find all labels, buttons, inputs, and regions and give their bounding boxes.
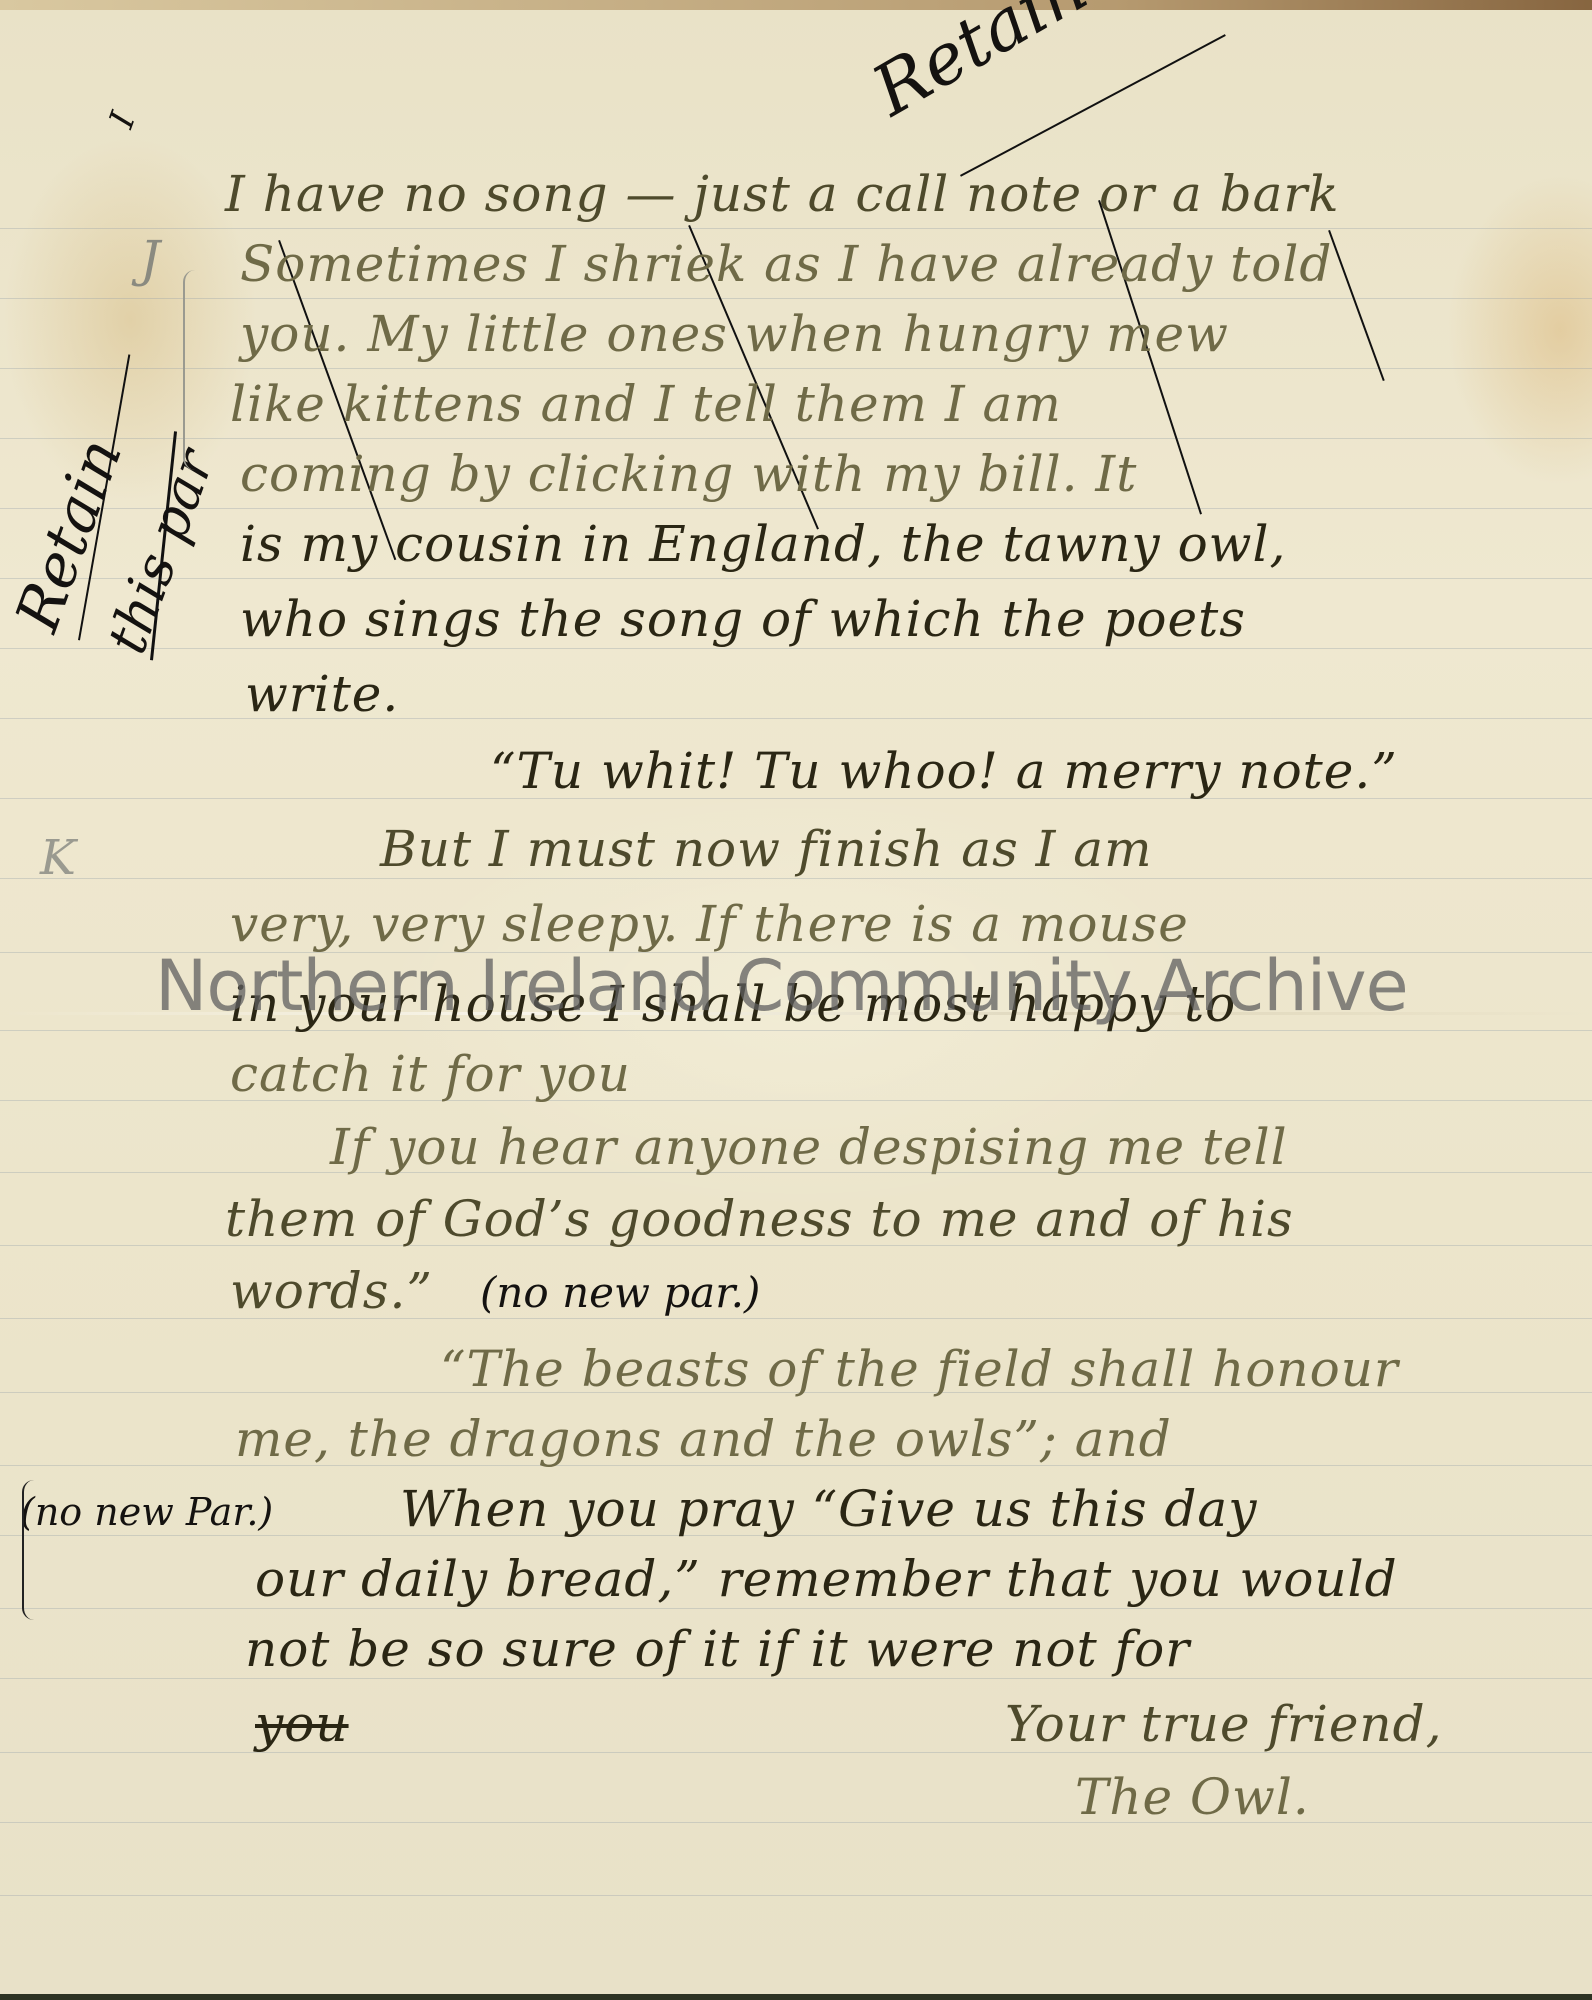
letter-line-8: write. [245, 665, 399, 723]
margin-no-new-par-bracket [22, 1480, 34, 1620]
ruled-line [0, 228, 1592, 229]
letter-line-21: not be so sure of it if it were not for [245, 1620, 1190, 1678]
paper-top-edge [0, 0, 1592, 10]
ruled-line [0, 648, 1592, 649]
ruled-line [0, 1608, 1592, 1609]
letter-line-14: If you hear anyone despising me tell [330, 1118, 1288, 1176]
margin-mark-lower: K [40, 830, 76, 886]
letter-line-4: like kittens and I tell them I am [230, 375, 1062, 433]
letter-line-17: “The beasts of the field shall honour [440, 1340, 1399, 1398]
inline-no-new-par: (no new par.) [480, 1268, 760, 1317]
letter-line-15: them of God’s goodness to me and of his [225, 1190, 1294, 1248]
paper-bottom-edge [0, 1994, 1592, 2000]
letter-line-1: I have no song — just a call note or a b… [225, 165, 1340, 223]
ruled-line [0, 508, 1592, 509]
letter-line-13: catch it for you [230, 1045, 631, 1103]
letter-line-9: “Tu whit! Tu whoo! a merry note.” [490, 742, 1398, 800]
letter-closing: Your true friend, [1005, 1695, 1443, 1753]
letter-line-2: Sometimes I shriek as I have already tol… [240, 235, 1332, 293]
margin-mark-top: I [102, 107, 144, 133]
ruled-line [0, 1678, 1592, 1679]
ruled-line [0, 878, 1592, 879]
letter-page: I Retain Retain this par J K I have no s… [0, 0, 1592, 2000]
ruled-line [0, 578, 1592, 579]
letter-line-5: coming by clicking with my bill. It [240, 445, 1137, 503]
pencil-strike-4 [1328, 230, 1385, 381]
letter-line-20: our daily bread,” remember that you woul… [255, 1550, 1398, 1608]
letter-line-16: words.” [230, 1262, 433, 1320]
margin-no-new-par: (no new Par.) [20, 1490, 273, 1534]
ruled-line [0, 1895, 1592, 1896]
ruled-line [0, 1822, 1592, 1823]
retain-annotation: Retain [859, 0, 1100, 132]
letter-line-10: But I must now finish as I am [380, 820, 1153, 878]
letter-line-6: is my cousin in England, the tawny owl, [240, 515, 1286, 573]
archive-watermark: Northern Ireland Community Archive [155, 945, 1408, 1027]
letter-signature: The Owl. [1075, 1768, 1310, 1826]
letter-line-22-struck: you [255, 1695, 349, 1753]
margin-bracket-pencil [183, 270, 195, 470]
letter-line-3: you. My little ones when hungry mew [240, 305, 1229, 363]
ruled-line [0, 368, 1592, 369]
letter-line-7: who sings the song of which the poets [240, 590, 1246, 648]
ruled-line [0, 438, 1592, 439]
ruled-line [0, 718, 1592, 719]
margin-tick-mark: J [140, 230, 160, 288]
letter-line-18: me, the dragons and the owls”; and [235, 1410, 1172, 1468]
letter-line-19: When you pray “Give us this day [400, 1480, 1257, 1538]
